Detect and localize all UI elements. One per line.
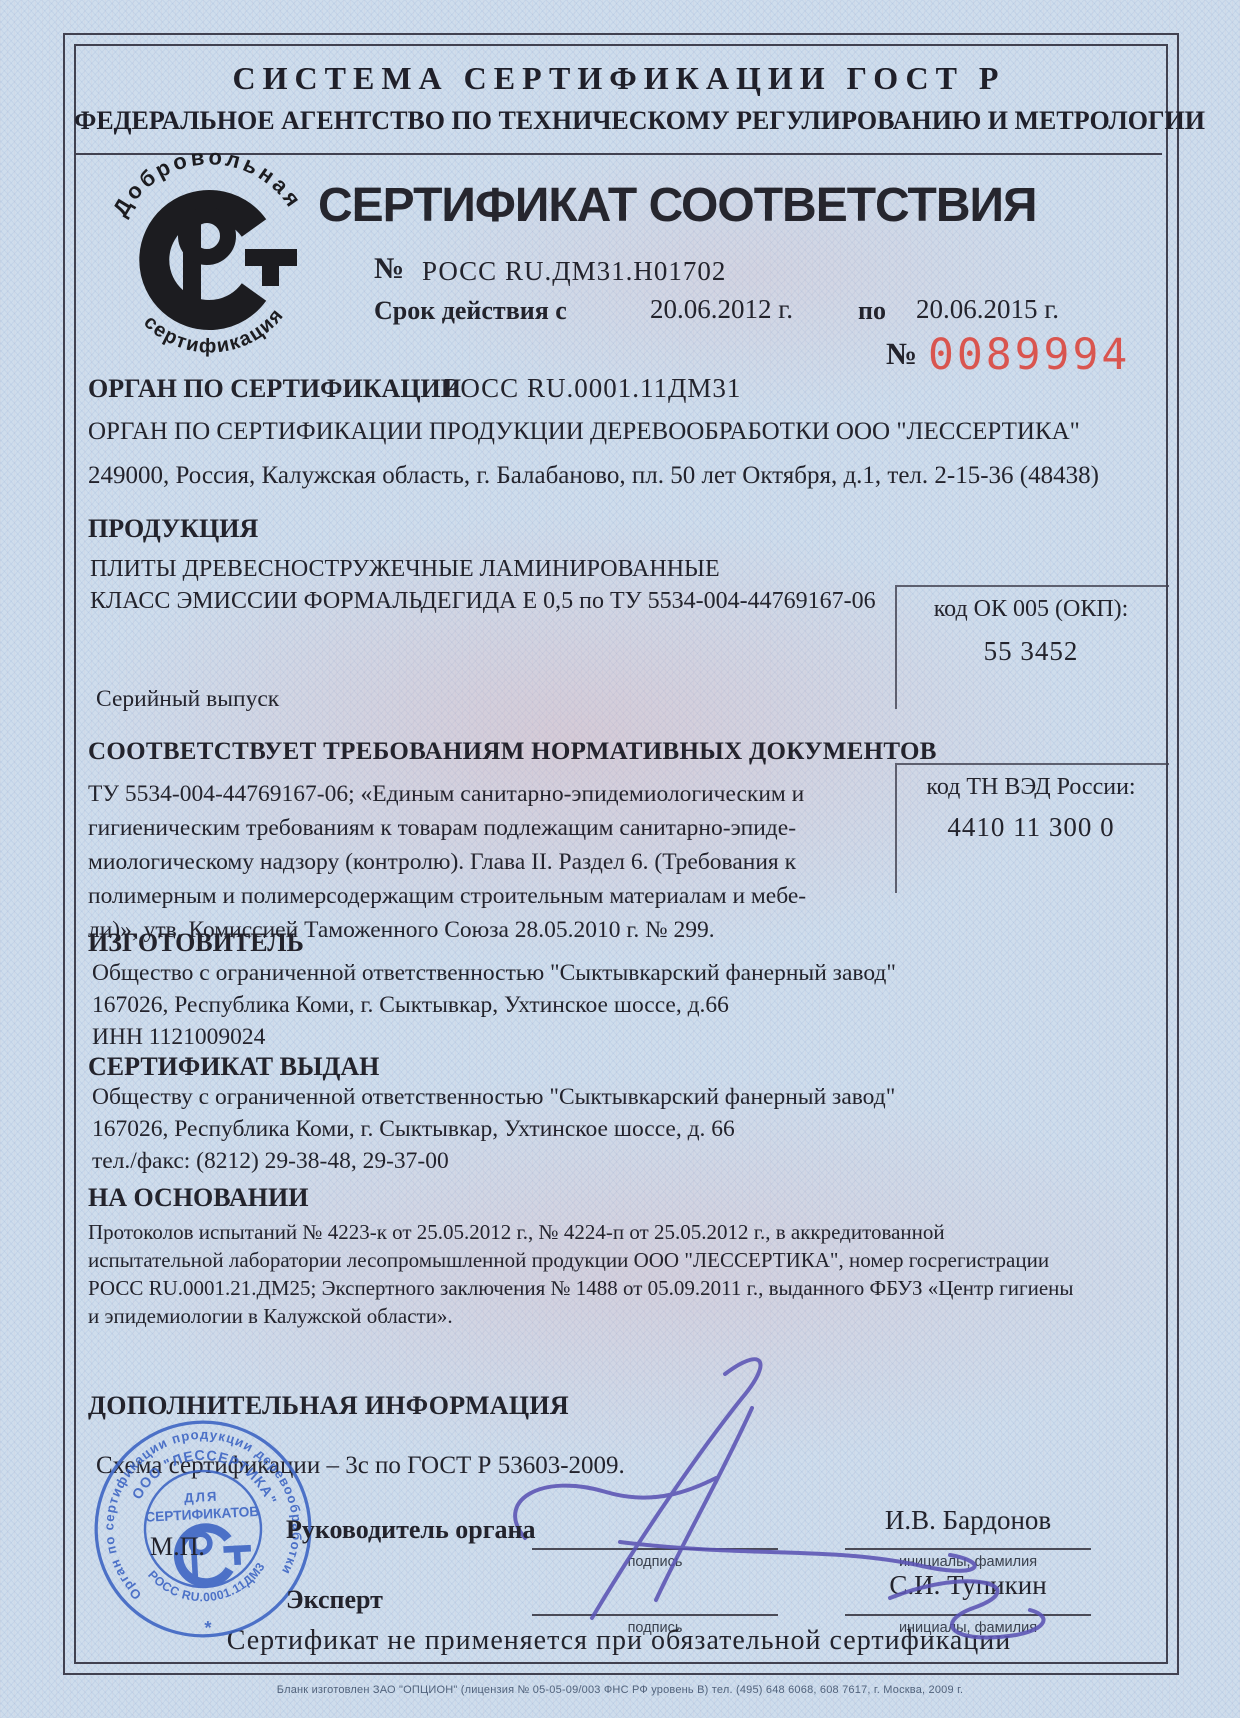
blank-number-value: 0089994 bbox=[928, 330, 1130, 380]
issued-to-block: Обществу с ограниченной ответственностью… bbox=[92, 1081, 992, 1177]
conformity-line: полимерным и полимерсодержащим строитель… bbox=[88, 879, 888, 913]
blank-number-sign: № bbox=[886, 336, 917, 372]
stamp-star: * bbox=[204, 1616, 213, 1637]
certificate-page: СИСТЕМА СЕРТИФИКАЦИИ ГОСТ Р ФЕДЕРАЛЬНОЕ … bbox=[0, 0, 1240, 1718]
certificate-title: СЕРТИФИКАТ СООТВЕТСТВИЯ bbox=[318, 178, 1037, 233]
head-of-body-label: Руководитель органа bbox=[286, 1515, 536, 1545]
issued-to-line: 167026, Республика Коми, г. Сыктывкар, У… bbox=[92, 1113, 992, 1145]
serial-production-note: Серийный выпуск bbox=[96, 686, 279, 713]
product-heading: ПРОДУКЦИЯ bbox=[88, 514, 258, 544]
product-line-2: КЛАСС ЭМИССИИ ФОРМАЛЬДЕГИДА Е 0,5 по ТУ … bbox=[90, 588, 876, 615]
stamp-center-line1: ДЛЯ bbox=[184, 1489, 219, 1506]
product-line-1: ПЛИТЫ ДРЕВЕСНОСТРУЖЕЧНЫЕ ЛАМИНИРОВАННЫЕ bbox=[90, 556, 720, 583]
reg-number: РОСС RU.ДМ31.Н01702 bbox=[422, 256, 726, 287]
tnved-code-value: 4410 11 300 0 bbox=[895, 812, 1167, 843]
conformity-line: ТУ 5534-004-44769167-06; «Единым санитар… bbox=[88, 777, 888, 811]
expert-label: Эксперт bbox=[286, 1585, 383, 1615]
okp-code-value: 55 3452 bbox=[895, 636, 1167, 667]
rst-mark-glyph bbox=[154, 205, 297, 315]
seal-place-mark: М.П. bbox=[150, 1532, 205, 1562]
valid-from-date: 20.06.2012 г. bbox=[650, 294, 793, 325]
manufacturer-block: Общество с ограниченной ответственностью… bbox=[92, 957, 992, 1053]
valid-to-date: 20.06.2015 г. bbox=[916, 294, 1059, 325]
certification-body-heading: ОРГАН ПО СЕРТИФИКАЦИИ bbox=[88, 374, 461, 404]
agency-title: ФЕДЕРАЛЬНОЕ АГЕНТСТВО ПО ТЕХНИЧЕСКОМУ РЕ… bbox=[74, 106, 1164, 136]
conformity-line: миологическому надзору (контролю). Глава… bbox=[88, 845, 888, 879]
basis-line: и эпидемиологии в Калужской области». bbox=[88, 1302, 1118, 1330]
basis-paragraph: Протоколов испытаний № 4223-к от 25.05.2… bbox=[88, 1218, 1118, 1330]
validity-label: Срок действия с bbox=[374, 296, 567, 326]
basis-line: испытательной лаборатории лесопромышленн… bbox=[88, 1246, 1118, 1274]
conformity-paragraph: ТУ 5534-004-44769167-06; «Единым санитар… bbox=[88, 777, 888, 947]
issued-to-line: Обществу с ограниченной ответственностью… bbox=[92, 1081, 992, 1113]
manufacturer-line: Общество с ограниченной ответственностью… bbox=[92, 957, 992, 989]
manufacturer-line: 167026, Республика Коми, г. Сыктывкар, У… bbox=[92, 989, 992, 1021]
certification-body-code: РОСС RU.0001.11ДМ31 bbox=[444, 373, 741, 404]
blank-manufacturer-fine-print: Бланк изготовлен ЗАО "ОПЦИОН" (лицензия … bbox=[0, 1684, 1240, 1696]
stamp-center-line2: СЕРТИФИКАТОВ bbox=[145, 1504, 260, 1525]
basis-line: РОСС RU.0001.21.ДМ25; Экспертного заключ… bbox=[88, 1274, 1118, 1302]
okp-code-label: код ОК 005 (ОКП): bbox=[895, 596, 1167, 623]
manufacturer-line: ИНН 1121009024 bbox=[92, 1021, 992, 1053]
issued-to-line: тел./факс: (8212) 29-38-48, 29-37-00 bbox=[92, 1145, 992, 1177]
basis-line: Протоколов испытаний № 4223-к от 25.05.2… bbox=[88, 1218, 1118, 1246]
reg-number-sign: № bbox=[374, 252, 404, 286]
certification-body-address: 249000, Россия, Калужская область, г. Ба… bbox=[88, 462, 1099, 490]
basis-heading: НА ОСНОВАНИИ bbox=[88, 1183, 308, 1213]
conformity-heading: СООТВЕТСТВУЕТ ТРЕБОВАНИЯМ НОРМАТИВНЫХ ДО… bbox=[88, 738, 937, 766]
issued-to-heading: СЕРТИФИКАТ ВЫДАН bbox=[88, 1052, 379, 1082]
conformity-line: гигиеническим требованиям к товарам подл… bbox=[88, 811, 888, 845]
valid-to-label: по bbox=[858, 296, 886, 326]
rst-voluntary-certification-mark-icon: Добровольная сертификация bbox=[95, 152, 325, 362]
manufacturer-heading: ИЗГОТОВИТЕЛЬ bbox=[88, 928, 304, 958]
tnved-code-label: код ТН ВЭД России: bbox=[895, 774, 1167, 801]
handwritten-signature bbox=[470, 1352, 1090, 1652]
certification-body-name: ОРГАН ПО СЕРТИФИКАЦИИ ПРОДУКЦИИ ДЕРЕВООБ… bbox=[88, 418, 1080, 446]
system-title: СИСТЕМА СЕРТИФИКАЦИИ ГОСТ Р bbox=[74, 60, 1164, 97]
